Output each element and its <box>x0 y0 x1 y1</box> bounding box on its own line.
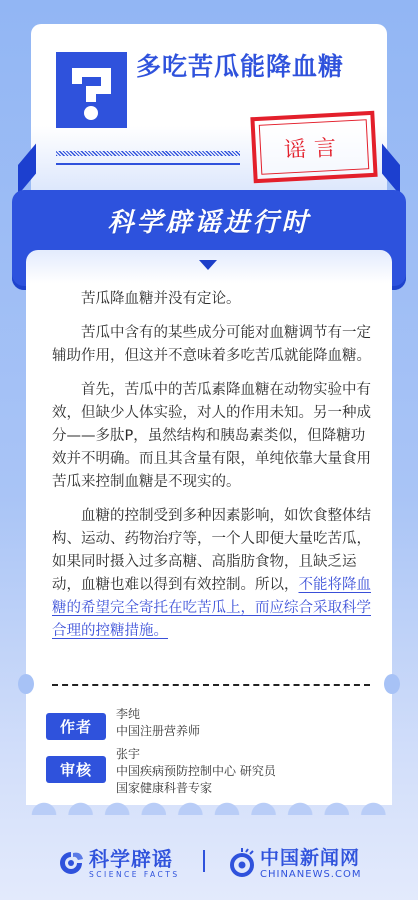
title-card: 多吃苦瓜能降血糖 谣言 <box>31 24 387 194</box>
paragraph: 血糖的控制受到多种因素影响，如饮食整体结构、运动、药物治疗等，一个人即便大量吃苦… <box>52 505 372 643</box>
logo-left-cn: 科学辟谣 <box>89 848 180 870</box>
page-title: 多吃苦瓜能降血糖 <box>136 50 376 84</box>
footer: 科学辟谣 SCIENCE FACTS 中国新闻网 CHINANEWS.COM <box>0 838 418 888</box>
author-name: 李纯 <box>116 706 200 723</box>
footer-divider <box>203 850 205 872</box>
scalloped-edge <box>26 795 392 815</box>
at-sign-icon <box>228 848 258 878</box>
divider <box>56 163 240 165</box>
ticket-notch-left <box>18 674 34 694</box>
banner-title: 科学辟谣进行时 <box>12 202 406 239</box>
dashed-divider <box>52 684 370 686</box>
ticket-notch-right <box>384 674 400 694</box>
triangle-down-icon <box>199 260 217 270</box>
article-body: 苦瓜降血糖并没有定论。 苦瓜中含有的某些成分可能对血糖调节有一定辅助作用，但这并… <box>52 288 372 654</box>
logo-left-en: SCIENCE FACTS <box>89 870 180 879</box>
reviewer-name: 张宇 <box>116 746 276 763</box>
reviewer-affiliation: 中国疾病预防控制中心 研究员 <box>116 763 276 780</box>
question-mark-icon <box>56 52 127 128</box>
reviewer-badge: 审核 <box>46 756 106 783</box>
logo-right-cn: 中国新闻网 <box>260 847 361 869</box>
paragraph: 苦瓜降血糖并没有定论。 <box>52 288 372 311</box>
author-credit: 作者 李纯 中国注册营养师 <box>46 706 200 740</box>
reviewer-credit: 审核 张宇 中国疾病预防控制中心 研究员 国家健康科普专家 <box>46 746 276 797</box>
article-card: 苦瓜降血糖并没有定论。 苦瓜中含有的某些成分可能对血糖调节有一定辅助作用，但这并… <box>26 250 392 805</box>
author-title: 中国注册营养师 <box>116 723 200 740</box>
paragraph: 苦瓜中含有的某些成分可能对血糖调节有一定辅助作用，但这并不意味着多吃苦瓜就能降血… <box>52 322 372 368</box>
author-badge: 作者 <box>46 713 106 740</box>
rumor-stamp: 谣言 <box>250 111 377 183</box>
logo-right-en: CHINANEWS.COM <box>260 869 361 880</box>
science-facts-logo: 科学辟谣 SCIENCE FACTS <box>57 838 180 888</box>
stamp-label: 谣言 <box>283 130 345 164</box>
chinanews-logo: 中国新闻网 CHINANEWS.COM <box>228 838 361 888</box>
science-facts-icon <box>57 849 85 877</box>
paragraph: 首先，苦瓜中的苦瓜素降血糖在动物实验中有效，但缺少人体实验，对人的作用未知。另一… <box>52 379 372 494</box>
decorative-hatch <box>56 151 240 156</box>
